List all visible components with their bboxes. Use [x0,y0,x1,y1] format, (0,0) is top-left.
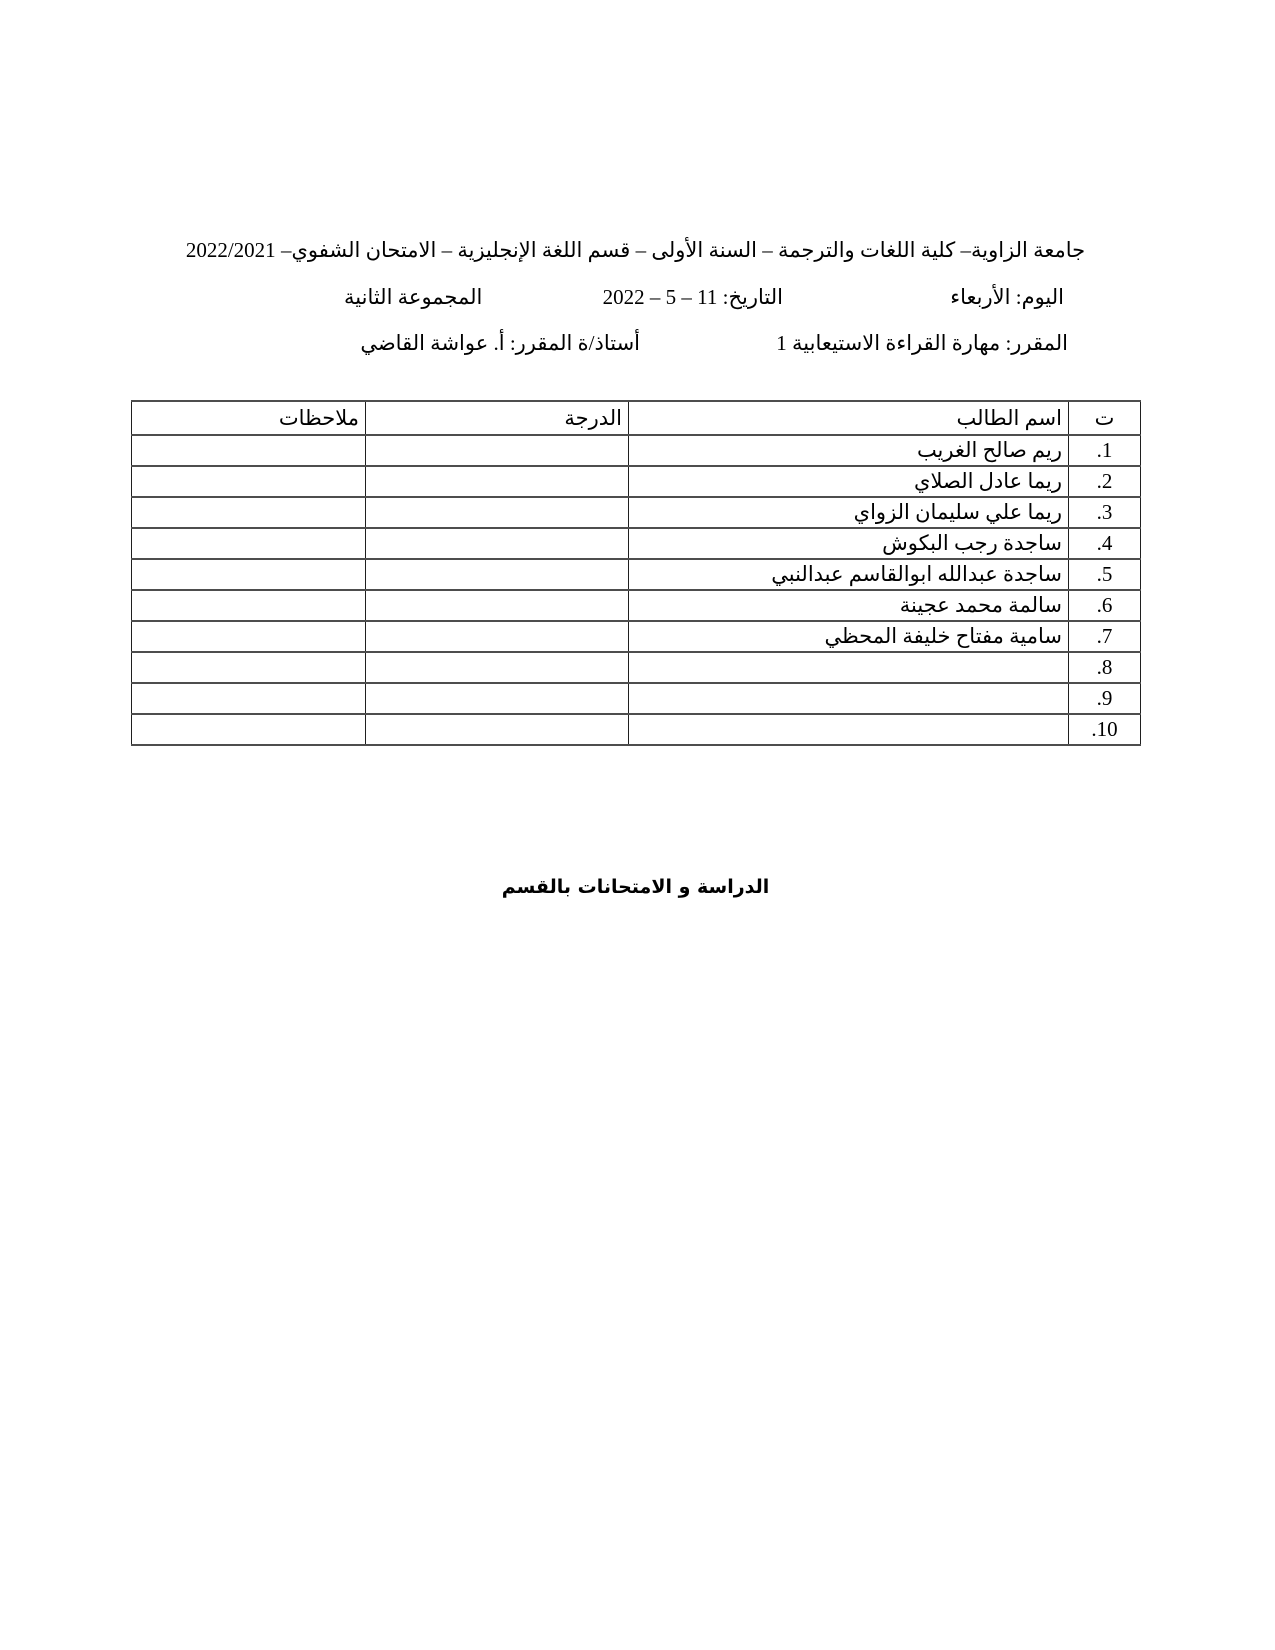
grade-cell [366,497,629,528]
row-number-cell: 2. [1069,466,1141,497]
notes-cell [132,528,366,559]
table-row: 1. ريم صالح الغريب [132,435,1141,466]
grade-cell [366,590,629,621]
header-grade: الدرجة [366,401,629,435]
header-student-name: اسم الطالب [629,401,1069,435]
notes-cell [132,466,366,497]
grade-cell [366,683,629,714]
student-name-cell: ساجدة عبدالله ابوالقاسم عبدالنبي [629,559,1069,590]
row-number-cell: 9. [1069,683,1141,714]
table-header-row: ت اسم الطالب الدرجة ملاحظات [132,401,1141,435]
table-row: 2. ريما عادل الصلاي [132,466,1141,497]
table-row: 4. ساجدة رجب البكوش [132,528,1141,559]
grade-cell [366,528,629,559]
notes-cell [132,559,366,590]
group-label: المجموعة الثانية [344,285,482,310]
row-number-cell: 10. [1069,714,1141,745]
footer-department-line: الدراسة و الامتحانات بالقسم [131,876,1140,898]
student-roster-table: ت اسم الطالب الدرجة ملاحظات 1. ريم صالح … [131,400,1141,746]
student-name-cell: ريما علي سليمان الزواي [629,497,1069,528]
table-row: 6. سالمة محمد عجينة [132,590,1141,621]
grade-cell [366,652,629,683]
student-name-cell: سالمة محمد عجينة [629,590,1069,621]
grade-cell [366,559,629,590]
table-row: 9. [132,683,1141,714]
grade-cell [366,621,629,652]
row-number-cell: 6. [1069,590,1141,621]
notes-cell [132,714,366,745]
notes-cell [132,435,366,466]
row-number-cell: 3. [1069,497,1141,528]
day-date-group-row: اليوم: الأربعاء التاريخ: 11 – 5 – 2022 ا… [131,285,1140,317]
table-body: 1. ريم صالح الغريب 2. ريما عادل الصلاي 3… [132,435,1141,745]
table-row: 10. [132,714,1141,745]
course-instructor-row: المقرر: مهارة القراءة الاستيعابية 1 أستا… [131,331,1140,363]
instructor-label: أستاذ/ة المقرر: أ. عواشة القاضي [360,331,640,356]
row-number-cell: 8. [1069,652,1141,683]
row-number-cell: 1. [1069,435,1141,466]
row-number-cell: 5. [1069,559,1141,590]
table-row: 7. سامية مفتاح خليفة المحظي [132,621,1141,652]
notes-cell [132,683,366,714]
student-name-cell: ريم صالح الغريب [629,435,1069,466]
student-name-cell [629,683,1069,714]
grade-cell [366,435,629,466]
notes-cell [132,590,366,621]
notes-cell [132,652,366,683]
header-notes: ملاحظات [132,401,366,435]
student-name-cell: ريما عادل الصلاي [629,466,1069,497]
date-label: التاريخ: 11 – 5 – 2022 [603,285,783,310]
student-name-cell [629,714,1069,745]
day-label: اليوم: الأربعاء [950,285,1064,310]
table-row: 5. ساجدة عبدالله ابوالقاسم عبدالنبي [132,559,1141,590]
grade-cell [366,466,629,497]
header-number: ت [1069,401,1141,435]
student-name-cell: ساجدة رجب البكوش [629,528,1069,559]
row-number-cell: 7. [1069,621,1141,652]
table-row: 3. ريما علي سليمان الزواي [132,497,1141,528]
notes-cell [132,621,366,652]
notes-cell [132,497,366,528]
student-name-cell: سامية مفتاح خليفة المحظي [629,621,1069,652]
table-row: 8. [132,652,1141,683]
course-label: المقرر: مهارة القراءة الاستيعابية 1 [776,331,1068,356]
grade-cell [366,714,629,745]
row-number-cell: 4. [1069,528,1141,559]
document-page: { "doc": { "title_line": "جامعة الزاوية–… [0,0,1275,1650]
page-content: جامعة الزاوية– كلية اللغات والترجمة – ال… [131,0,1140,1650]
document-title: جامعة الزاوية– كلية اللغات والترجمة – ال… [131,238,1140,263]
student-name-cell [629,652,1069,683]
